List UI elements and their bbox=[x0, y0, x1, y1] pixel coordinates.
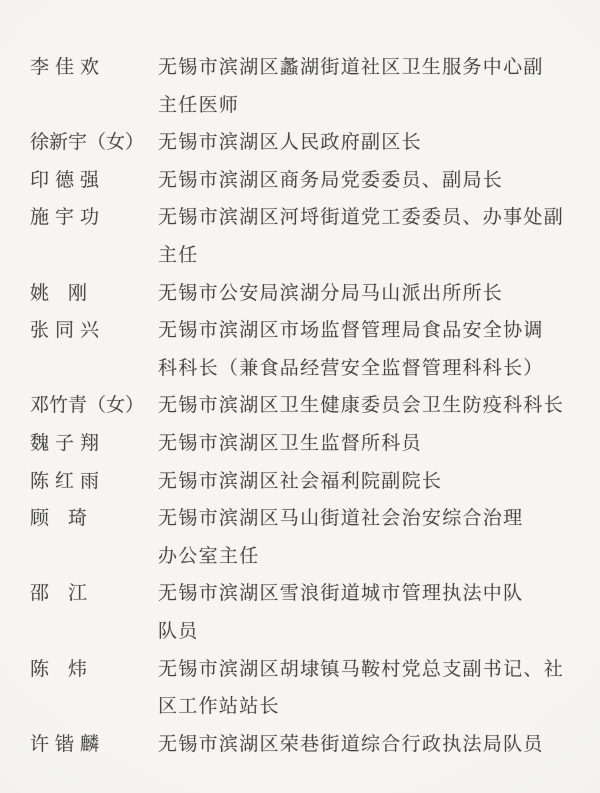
person-title: 无锡市滨湖区市场监督管理局食品安全协调 科科长（兼食品经营安全监督管理科科长） bbox=[158, 312, 586, 387]
person-title: 无锡市滨湖区卫生健康委员会卫生防疫科科长 bbox=[158, 387, 586, 425]
person-title-line: 无锡市滨湖区雪浪街道城市管理执法中队 bbox=[158, 575, 586, 613]
person-title-line: 无锡市滨湖区河埒街道党工委委员、办事处副 bbox=[158, 199, 586, 237]
person-name: 印德强 bbox=[30, 162, 158, 200]
person-title-line: 队员 bbox=[158, 613, 586, 651]
person-name: 陈红雨 bbox=[30, 463, 158, 501]
person-title-line: 无锡市滨湖区荣巷街道综合行政执法局队员 bbox=[158, 726, 586, 764]
person-title: 无锡市滨湖区荣巷街道综合行政执法局队员 bbox=[158, 726, 586, 764]
list-item: 施宇功 无锡市滨湖区河埒街道党工委委员、办事处副 主任 bbox=[30, 199, 586, 274]
person-title-line: 无锡市滨湖区社会福利院副院长 bbox=[158, 463, 586, 501]
person-name: 顾 琦 bbox=[30, 500, 158, 538]
person-name: 施宇功 bbox=[30, 199, 158, 237]
list-item: 陈红雨 无锡市滨湖区社会福利院副院长 bbox=[30, 463, 586, 501]
person-title: 无锡市滨湖区卫生监督所科员 bbox=[158, 425, 586, 463]
list-item: 邵 江 无锡市滨湖区雪浪街道城市管理执法中队 队员 bbox=[30, 575, 586, 650]
person-title-line: 无锡市滨湖区人民政府副区长 bbox=[158, 124, 586, 162]
person-title-line: 科科长（兼食品经营安全监督管理科科长） bbox=[158, 350, 586, 388]
person-title-line: 无锡市滨湖区卫生健康委员会卫生防疫科科长 bbox=[158, 387, 586, 425]
person-title: 无锡市滨湖区蠡湖街道社区卫生服务中心副 主任医师 bbox=[158, 49, 586, 124]
person-name: 张同兴 bbox=[30, 312, 158, 350]
person-title-line: 无锡市公安局滨湖分局马山派出所所长 bbox=[158, 275, 586, 313]
person-name: 姚 刚 bbox=[30, 275, 158, 313]
list-item: 陈 炜 无锡市滨湖区胡埭镇马鞍村党总支副书记、社 区工作站站长 bbox=[30, 651, 586, 726]
award-roster-list: 李佳欢 无锡市滨湖区蠡湖街道社区卫生服务中心副 主任医师 徐新宇（女） 无锡市滨… bbox=[30, 49, 586, 763]
list-item: 李佳欢 无锡市滨湖区蠡湖街道社区卫生服务中心副 主任医师 bbox=[30, 49, 586, 124]
person-title-line: 无锡市滨湖区商务局党委委员、副局长 bbox=[158, 162, 586, 200]
person-title-line: 无锡市滨湖区胡埭镇马鞍村党总支副书记、社 bbox=[158, 651, 586, 689]
person-title-line: 主任医师 bbox=[158, 87, 586, 125]
document-page: 李佳欢 无锡市滨湖区蠡湖街道社区卫生服务中心副 主任医师 徐新宇（女） 无锡市滨… bbox=[0, 0, 600, 793]
person-title: 无锡市滨湖区马山街道社会治安综合治理 办公室主任 bbox=[158, 500, 586, 575]
list-item: 张同兴 无锡市滨湖区市场监督管理局食品安全协调 科科长（兼食品经营安全监督管理科… bbox=[30, 312, 586, 387]
person-title: 无锡市滨湖区雪浪街道城市管理执法中队 队员 bbox=[158, 575, 586, 650]
person-title: 无锡市滨湖区人民政府副区长 bbox=[158, 124, 586, 162]
person-name: 邵 江 bbox=[30, 575, 158, 613]
list-item: 邓竹青（女） 无锡市滨湖区卫生健康委员会卫生防疫科科长 bbox=[30, 387, 586, 425]
person-name: 李佳欢 bbox=[30, 49, 158, 87]
person-name: 陈 炜 bbox=[30, 651, 158, 689]
person-name: 许锴麟 bbox=[30, 726, 158, 764]
person-title-line: 主任 bbox=[158, 237, 586, 275]
person-title-line: 无锡市滨湖区市场监督管理局食品安全协调 bbox=[158, 312, 586, 350]
person-title: 无锡市滨湖区社会福利院副院长 bbox=[158, 463, 586, 501]
list-item: 顾 琦 无锡市滨湖区马山街道社会治安综合治理 办公室主任 bbox=[30, 500, 586, 575]
person-title-line: 区工作站站长 bbox=[158, 688, 586, 726]
person-name: 徐新宇（女） bbox=[30, 124, 158, 162]
person-title-line: 无锡市滨湖区马山街道社会治安综合治理 bbox=[158, 500, 586, 538]
list-item: 印德强 无锡市滨湖区商务局党委委员、副局长 bbox=[30, 162, 586, 200]
person-name: 邓竹青（女） bbox=[30, 387, 158, 425]
person-title: 无锡市滨湖区河埒街道党工委委员、办事处副 主任 bbox=[158, 199, 586, 274]
list-item: 徐新宇（女） 无锡市滨湖区人民政府副区长 bbox=[30, 124, 586, 162]
person-title: 无锡市滨湖区胡埭镇马鞍村党总支副书记、社 区工作站站长 bbox=[158, 651, 586, 726]
person-title-line: 无锡市滨湖区蠡湖街道社区卫生服务中心副 bbox=[158, 49, 586, 87]
list-item: 魏子翔 无锡市滨湖区卫生监督所科员 bbox=[30, 425, 586, 463]
person-name: 魏子翔 bbox=[30, 425, 158, 463]
list-item: 姚 刚 无锡市公安局滨湖分局马山派出所所长 bbox=[30, 275, 586, 313]
person-title-line: 无锡市滨湖区卫生监督所科员 bbox=[158, 425, 586, 463]
person-title-line: 办公室主任 bbox=[158, 538, 586, 576]
list-item: 许锴麟 无锡市滨湖区荣巷街道综合行政执法局队员 bbox=[30, 726, 586, 764]
person-title: 无锡市滨湖区商务局党委委员、副局长 bbox=[158, 162, 586, 200]
person-title: 无锡市公安局滨湖分局马山派出所所长 bbox=[158, 275, 586, 313]
